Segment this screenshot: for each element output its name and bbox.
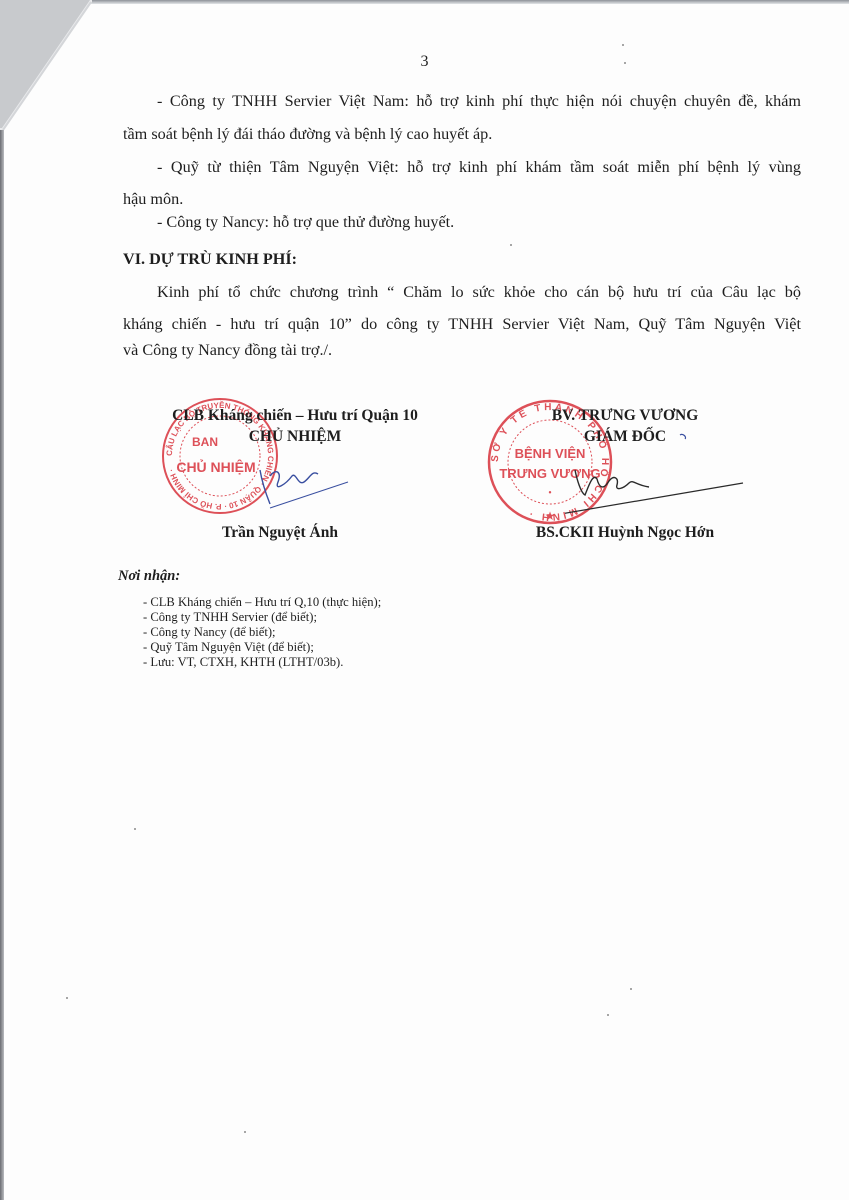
left-signer-name: Trần Nguyệt Ánh [150,524,410,542]
right-handwritten-signature [565,425,755,525]
page-number: 3 [0,53,849,71]
scan-speck [624,62,626,64]
scan-left-edge [0,0,4,1200]
recipient-item: - CLB Kháng chiến – Hưu trí Q,10 (thực h… [143,595,381,610]
scan-speck [622,44,624,46]
recipient-item: - Quỹ Tâm Nguyện Việt (để biết); [143,640,381,655]
support-item-nancy: - Công ty Nancy: hỗ trợ que thử đường hu… [157,212,454,232]
recipient-item: - Lưu: VT, CTXH, KHTH (LTHT/03b). [143,655,381,670]
support-item-servier-line2: tầm soát bệnh lý đái tháo đường và bệnh … [123,124,492,144]
recipients-title: Nơi nhận: [118,568,180,585]
budget-paragraph-line2: kháng chiến - hưu trí quận 10” do công t… [123,314,801,334]
support-item-tam-nguyen-viet-line1: - Quỹ từ thiện Tâm Nguyện Việt: hỗ trợ k… [157,157,801,177]
svg-text:•: • [548,488,552,499]
budget-paragraph-line1: Kinh phí tổ chức chương trình “ Chăm lo … [157,282,801,302]
scan-speck [510,244,512,246]
scan-speck [607,1014,609,1016]
scan-speck [630,988,632,990]
left-signature-header: CLB Kháng chiến – Hưu trí Quận 10 CHỦ NH… [150,405,440,447]
recipient-item: - Công ty Nancy (để biết); [143,625,381,640]
left-handwritten-signature [248,462,358,512]
right-signer-name: BS.CKII Huỳnh Ngọc Hớn [495,524,755,542]
scan-speck [134,828,136,830]
svg-text:★: ★ [545,509,556,523]
right-signer-organization: BV. TRƯNG VƯƠNG [500,405,750,426]
support-item-servier-line1: - Công ty TNHH Servier Việt Nam: hỗ trợ … [157,91,801,111]
scan-top-edge [88,0,849,4]
left-signer-title: CHỦ NHIỆM [150,426,440,447]
recipients-list: - CLB Kháng chiến – Hưu trí Q,10 (thực h… [143,595,381,670]
club-stamp-center-line2: CHỦ NHIỆM [176,458,255,475]
left-signer-organization: CLB Kháng chiến – Hưu trí Quận 10 [150,405,440,426]
budget-paragraph-line3: và Công ty Nancy đồng tài trợ./. [123,340,332,360]
recipient-item: - Công ty TNHH Servier (để biết); [143,610,381,625]
scan-speck [66,997,68,999]
section-heading-budget: VI. DỰ TRÙ KINH PHÍ: [123,250,297,269]
support-item-tam-nguyen-viet-line2: hậu môn. [123,189,183,209]
scan-speck [244,1131,246,1133]
